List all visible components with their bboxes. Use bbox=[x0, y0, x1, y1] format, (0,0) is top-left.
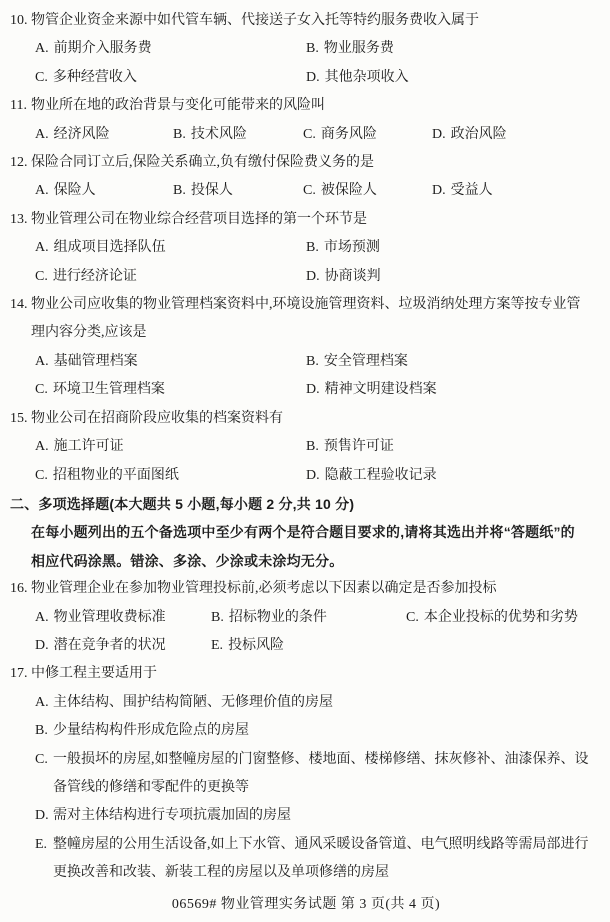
question-number: 13. bbox=[10, 206, 31, 234]
option-text: 基础管理档案 bbox=[54, 354, 138, 369]
option-label: C. bbox=[406, 610, 419, 625]
option-c: C.被保险人 bbox=[303, 177, 432, 205]
option-d: D.精神文明建设档案 bbox=[306, 376, 437, 404]
option-c: C.商务风险 bbox=[303, 121, 432, 149]
option-text: 多种经营收入 bbox=[53, 70, 137, 85]
question-stem: 14.物业公司应收集的物业管理档案资料中,环境设施管理资料、垃圾消纳处理方案等按… bbox=[10, 291, 602, 348]
option-text: 其他杂项收入 bbox=[325, 70, 409, 85]
option-text: 政治风险 bbox=[451, 127, 507, 142]
question-stem-text: 物业公司应收集的物业管理档案资料中,环境设施管理资料、垃圾消纳处理方案等按专业管… bbox=[31, 297, 581, 340]
option-text: 需对主体结构进行专项抗震加固的房屋 bbox=[53, 808, 291, 823]
option-row: C.进行经济论证 D.协商谈判 bbox=[10, 263, 602, 291]
option-d: D.隐蔽工程验收记录 bbox=[306, 462, 437, 490]
option-label: A. bbox=[35, 354, 49, 369]
option-text: 技术风险 bbox=[191, 127, 247, 142]
option-c: C.本企业投标的优势和劣势 bbox=[406, 604, 578, 632]
option-e: E.投标风险 bbox=[211, 632, 284, 660]
option-row: A.前期介入服务费 B.物业服务费 bbox=[10, 35, 602, 63]
option-d: D.受益人 bbox=[432, 177, 493, 205]
option-label: D. bbox=[306, 468, 320, 483]
question-15: 15.物业公司在招商阶段应收集的档案资料有 A.施工许可证 B.预售许可证 C.… bbox=[10, 405, 602, 490]
option-d: D.其他杂项收入 bbox=[306, 64, 409, 92]
option-label: B. bbox=[35, 717, 53, 745]
question-12: 12.保险合同订立后,保险关系确立,负有缴付保险费义务的是 A.保险人 B.投保… bbox=[10, 149, 602, 206]
option-label: B. bbox=[173, 127, 186, 142]
option-row: C.招租物业的平面图纸 D.隐蔽工程验收记录 bbox=[10, 462, 602, 490]
option-b: B.技术风险 bbox=[173, 121, 303, 149]
option-text: 少量结构构件形成危险点的房屋 bbox=[53, 723, 249, 738]
question-stem: 17.中修工程主要适用于 bbox=[10, 660, 602, 688]
option-a: A.物业管理收费标准 bbox=[35, 604, 211, 632]
option-text: 潜在竞争者的状况 bbox=[54, 638, 166, 653]
option-text: 投标风险 bbox=[228, 638, 284, 653]
question-stem: 12.保险合同订立后,保险关系确立,负有缴付保险费义务的是 bbox=[10, 149, 602, 177]
option-c: C.进行经济论证 bbox=[35, 263, 306, 291]
option-a: A.施工许可证 bbox=[35, 433, 306, 461]
option-b: B.招标物业的条件 bbox=[211, 604, 406, 632]
option-c: C.多种经营收入 bbox=[35, 64, 306, 92]
option-d: D.潜在竞争者的状况 bbox=[35, 632, 211, 660]
option-label: D. bbox=[306, 269, 320, 284]
option-label: C. bbox=[35, 269, 48, 284]
option-label: E. bbox=[211, 638, 223, 653]
option-a: A.经济风险 bbox=[35, 121, 173, 149]
option-text: 投保人 bbox=[191, 183, 233, 198]
option-label: B. bbox=[306, 240, 319, 255]
question-17: 17.中修工程主要适用于 A.主体结构、围护结构简陋、无修理价值的房屋 B.少量… bbox=[10, 660, 602, 887]
question-stem-text: 物业管理公司在物业综合经营项目选择的第一个环节是 bbox=[31, 212, 367, 227]
option-text: 一般损坏的房屋,如整幢房屋的门窗整修、楼地面、楼梯修缮、抹灰修补、油漆保养、设备… bbox=[53, 752, 589, 795]
option-a: A.保险人 bbox=[35, 177, 173, 205]
option-b: B.市场预测 bbox=[306, 234, 380, 262]
question-stem: 13.物业管理公司在物业综合经营项目选择的第一个环节是 bbox=[10, 206, 602, 234]
question-stem-text: 中修工程主要适用于 bbox=[31, 666, 157, 681]
question-10: 10.物管企业资金来源中如代管车辆、代接送子女入托等特约服务费收入属于 A.前期… bbox=[10, 7, 602, 92]
question-number: 10. bbox=[10, 7, 31, 35]
option-text: 招标物业的条件 bbox=[229, 610, 327, 625]
option-label: C. bbox=[303, 183, 316, 198]
question-stem-text: 保险合同订立后,保险关系确立,负有缴付保险费义务的是 bbox=[31, 155, 374, 170]
option-label: C. bbox=[35, 746, 53, 774]
option-text: 物业管理收费标准 bbox=[54, 610, 166, 625]
question-stem: 11.物业所在地的政治背景与变化可能带来的风险叫 bbox=[10, 92, 602, 120]
option-b: B.物业服务费 bbox=[306, 35, 394, 63]
question-number: 15. bbox=[10, 405, 31, 433]
option-text: 本企业投标的优势和劣势 bbox=[424, 610, 578, 625]
option-text: 物业服务费 bbox=[324, 41, 394, 56]
question-16: 16.物业管理企业在参加物业管理投标前,必须考虑以下因素以确定是否参加投标 A.… bbox=[10, 575, 602, 660]
question-13: 13.物业管理公司在物业综合经营项目选择的第一个环节是 A.组成项目选择队伍 B… bbox=[10, 206, 602, 291]
option-text: 预售许可证 bbox=[324, 439, 394, 454]
option-b: B.预售许可证 bbox=[306, 433, 394, 461]
option-b: B.投保人 bbox=[173, 177, 303, 205]
option-label: A. bbox=[35, 183, 49, 198]
option-label: D. bbox=[432, 127, 446, 142]
option-c: C.招租物业的平面图纸 bbox=[35, 462, 306, 490]
option-label: A. bbox=[35, 610, 49, 625]
option-text: 安全管理档案 bbox=[324, 354, 408, 369]
option-label: D. bbox=[306, 70, 320, 85]
option-text: 主体结构、围护结构简陋、无修理价值的房屋 bbox=[53, 695, 333, 710]
option-text: 保险人 bbox=[54, 183, 96, 198]
option-a: A.主体结构、围护结构简陋、无修理价值的房屋 bbox=[10, 689, 602, 717]
section-2-instructions: 在每小题列出的五个备选项中至少有两个是符合题目要求的,请将其选出并将“答题纸”的… bbox=[10, 518, 602, 575]
option-d: D.需对主体结构进行专项抗震加固的房屋 bbox=[10, 802, 602, 830]
option-label: B. bbox=[173, 183, 186, 198]
page-footer: 06569# 物业管理实务试题 第 3 页(共 4 页) bbox=[10, 891, 602, 919]
question-stem-text: 物业公司在招商阶段应收集的档案资料有 bbox=[31, 411, 283, 426]
option-a: A.基础管理档案 bbox=[35, 348, 306, 376]
option-label: A. bbox=[35, 439, 49, 454]
option-label: E. bbox=[35, 831, 53, 859]
option-label: A. bbox=[35, 240, 49, 255]
option-row: A.施工许可证 B.预售许可证 bbox=[10, 433, 602, 461]
option-c: C.一般损坏的房屋,如整幢房屋的门窗整修、楼地面、楼梯修缮、抹灰修补、油漆保养、… bbox=[10, 746, 602, 803]
option-label: A. bbox=[35, 127, 49, 142]
option-e: E.整幢房屋的公用生活设备,如上下水管、通风采暖设备管道、电气照明线路等需局部进… bbox=[10, 831, 602, 888]
option-a: A.前期介入服务费 bbox=[35, 35, 306, 63]
option-row: C.环境卫生管理档案 D.精神文明建设档案 bbox=[10, 376, 602, 404]
question-stem: 15.物业公司在招商阶段应收集的档案资料有 bbox=[10, 405, 602, 433]
question-stem: 10.物管企业资金来源中如代管车辆、代接送子女入托等特约服务费收入属于 bbox=[10, 7, 602, 35]
option-label: B. bbox=[211, 610, 224, 625]
option-row: A.组成项目选择队伍 B.市场预测 bbox=[10, 234, 602, 262]
question-stem-text: 物业所在地的政治背景与变化可能带来的风险叫 bbox=[31, 98, 325, 113]
option-label: C. bbox=[35, 382, 48, 397]
option-label: C. bbox=[35, 70, 48, 85]
option-text: 环境卫生管理档案 bbox=[53, 382, 165, 397]
option-text: 进行经济论证 bbox=[53, 269, 137, 284]
option-text: 协商谈判 bbox=[325, 269, 381, 284]
option-row: A.保险人 B.投保人 C.被保险人 D.受益人 bbox=[10, 177, 602, 205]
option-label: D. bbox=[35, 802, 53, 830]
option-c: C.环境卫生管理档案 bbox=[35, 376, 306, 404]
option-text: 市场预测 bbox=[324, 240, 380, 255]
option-d: D.协商谈判 bbox=[306, 263, 381, 291]
option-text: 组成项目选择队伍 bbox=[54, 240, 166, 255]
option-row: A.物业管理收费标准 B.招标物业的条件 C.本企业投标的优势和劣势 bbox=[10, 604, 602, 632]
question-number: 11. bbox=[10, 92, 31, 120]
option-text: 整幢房屋的公用生活设备,如上下水管、通风采暖设备管道、电气照明线路等需局部进行更… bbox=[53, 837, 589, 880]
option-text: 隐蔽工程验收记录 bbox=[325, 468, 437, 483]
option-label: A. bbox=[35, 689, 53, 717]
option-b: B.少量结构构件形成危险点的房屋 bbox=[10, 717, 602, 745]
question-number: 16. bbox=[10, 575, 31, 603]
option-row: A.经济风险 B.技术风险 C.商务风险 D.政治风险 bbox=[10, 121, 602, 149]
option-label: B. bbox=[306, 41, 319, 56]
option-text: 被保险人 bbox=[321, 183, 377, 198]
option-label: D. bbox=[35, 638, 49, 653]
option-label: D. bbox=[432, 183, 446, 198]
option-label: A. bbox=[35, 41, 49, 56]
option-text: 施工许可证 bbox=[54, 439, 124, 454]
option-text: 招租物业的平面图纸 bbox=[53, 468, 179, 483]
option-label: B. bbox=[306, 354, 319, 369]
option-label: D. bbox=[306, 382, 320, 397]
option-label: C. bbox=[35, 468, 48, 483]
question-11: 11.物业所在地的政治背景与变化可能带来的风险叫 A.经济风险 B.技术风险 C… bbox=[10, 92, 602, 149]
option-text: 前期介入服务费 bbox=[54, 41, 152, 56]
question-stem-text: 物管企业资金来源中如代管车辆、代接送子女入托等特约服务费收入属于 bbox=[31, 13, 479, 28]
option-b: B.安全管理档案 bbox=[306, 348, 408, 376]
question-number: 17. bbox=[10, 660, 31, 688]
section-2-title: 二、多项选择题(本大题共 5 小题,每小题 2 分,共 10 分) bbox=[10, 490, 602, 518]
option-text: 商务风险 bbox=[321, 127, 377, 142]
option-text: 经济风险 bbox=[54, 127, 110, 142]
option-d: D.政治风险 bbox=[432, 121, 507, 149]
question-number: 14. bbox=[10, 291, 31, 319]
option-row: D.潜在竞争者的状况 E.投标风险 bbox=[10, 632, 602, 660]
question-stem: 16.物业管理企业在参加物业管理投标前,必须考虑以下因素以确定是否参加投标 bbox=[10, 575, 602, 603]
option-text: 精神文明建设档案 bbox=[325, 382, 437, 397]
option-text: 受益人 bbox=[451, 183, 493, 198]
option-label: C. bbox=[303, 127, 316, 142]
exam-paper-page: 10.物管企业资金来源中如代管车辆、代接送子女入托等特约服务费收入属于 A.前期… bbox=[0, 0, 610, 922]
option-label: B. bbox=[306, 439, 319, 454]
option-row: A.基础管理档案 B.安全管理档案 bbox=[10, 348, 602, 376]
question-stem-text: 物业管理企业在参加物业管理投标前,必须考虑以下因素以确定是否参加投标 bbox=[31, 581, 497, 596]
question-14: 14.物业公司应收集的物业管理档案资料中,环境设施管理资料、垃圾消纳处理方案等按… bbox=[10, 291, 602, 405]
question-number: 12. bbox=[10, 149, 31, 177]
option-row: C.多种经营收入 D.其他杂项收入 bbox=[10, 64, 602, 92]
option-a: A.组成项目选择队伍 bbox=[35, 234, 306, 262]
